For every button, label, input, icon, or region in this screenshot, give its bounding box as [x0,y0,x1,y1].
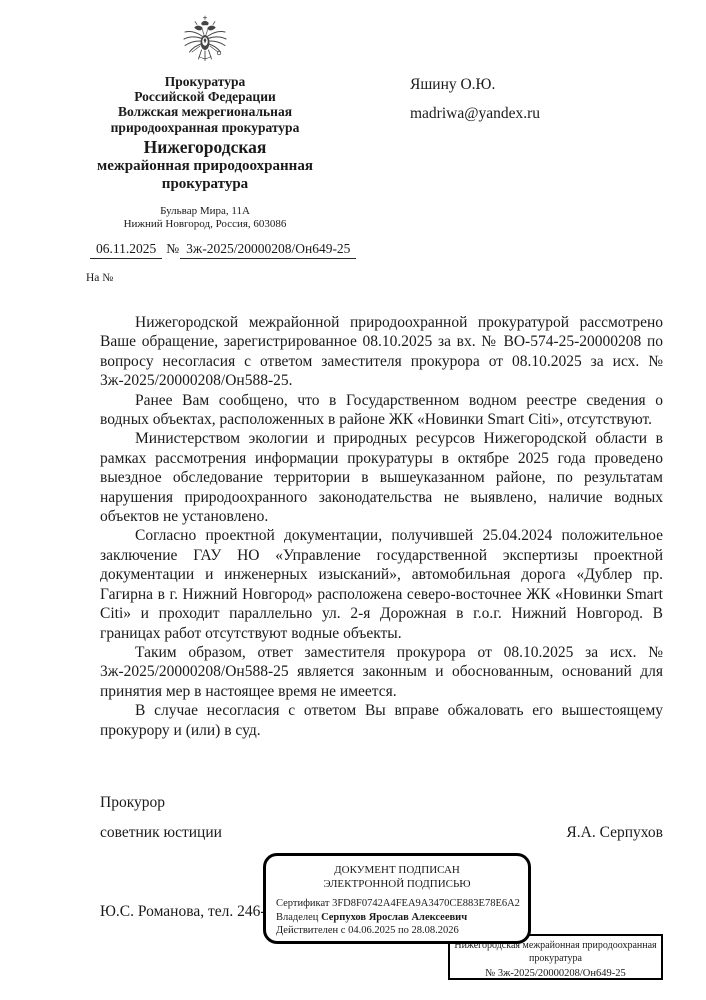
signer-position: Прокурор [100,794,165,812]
body-paragraph: Согласно проектной документации, получив… [100,526,663,642]
esign-certificate-line: Сертификат 3FD8F0742A4FEA9A3470CE883E78E… [276,897,528,911]
org-line: Российской Федерации [55,89,355,104]
body-paragraph: Нижегородской межрайонной природоохранно… [100,313,663,391]
reference-line: 06.11.2025№3ж-2025/20000208/Он649-25 [90,241,356,257]
signer-rank: советник юстиции [100,824,222,842]
coat-of-arms-icon [55,14,355,70]
reply-to-label: На № [86,272,113,284]
recipient-name: Яшину О.Ю. [410,76,540,94]
esign-owner-name: Серпухов Ярослав Алексеевич [321,912,467,923]
document-page: { "colors": { "ink": "#1a1a1a", "paper":… [0,0,706,1000]
esign-validity-line: Действителен с 04.06.2025 по 28.08.2026 [276,924,528,938]
org-name-line: межрайонная природоохранная [55,157,355,176]
esign-owner-line: Владелец Серпухов Ярослав Алексеевич [276,911,528,925]
letter-body: Нижегородской межрайонной природоохранно… [100,313,663,740]
org-line: Прокуратура [55,74,355,89]
org-line: Волжская межрегиональная [55,104,355,119]
recipient-email: madriwa@yandex.ru [410,105,540,123]
org-line: природоохранная прокуратура [55,120,355,135]
number-sign: № [162,241,180,256]
esign-title-line: ЭЛЕКТРОННОЙ ПОДПИСЬЮ [266,878,528,892]
body-paragraph: Министерством экологии и природных ресур… [100,429,663,526]
electronic-signature-stamp: ДОКУМЕНТ ПОДПИСАН ЭЛЕКТРОННОЙ ПОДПИСЬЮ С… [263,853,531,944]
org-name-line: прокуратура [55,175,355,194]
esign-certificate-value: 3FD8F0742A4FEA9A3470CE883E78E6A2 [332,898,520,909]
signature-row: советник юстиции Я.А. Серпухов [100,824,663,842]
org-name-line: Нижегородская [55,137,355,157]
esign-title-line: ДОКУМЕНТ ПОДПИСАН [266,864,528,878]
org-address-line: Нижний Новгород, Россия, 603086 [55,218,355,231]
body-paragraph: Таким образом, ответ заместителя прокуро… [100,643,663,701]
doc-date: 06.11.2025 [90,241,162,259]
signer-name: Я.А. Серпухов [566,824,663,842]
recipient-block: Яшину О.Ю. madriwa@yandex.ru [410,76,540,123]
executor-line: Ю.С. Романова, тел. 246-2 [100,903,273,921]
body-paragraph: В случае несогласия с ответом Вы вправе … [100,701,663,740]
registration-stamp-org-line: прокуратура [450,953,661,966]
doc-number: 3ж-2025/20000208/Он649-25 [180,241,356,259]
registration-stamp-number: № 3ж-2025/20000208/Он649-25 [450,968,661,981]
org-address-line: Бульвар Мира, 11А [55,205,355,218]
letterhead: Прокуратура Российской Федерации Волжска… [55,14,355,231]
body-paragraph: Ранее Вам сообщено, что в Государственно… [100,391,663,430]
